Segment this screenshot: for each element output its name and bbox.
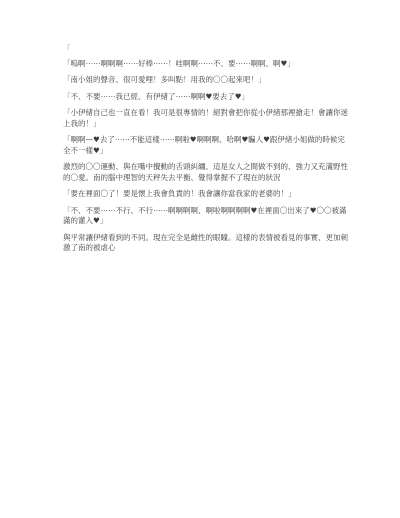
dialogue-line-2: 「南小姐的聲音、很可愛哩！多叫點！用我的〇〇起來吧！」 — [63, 75, 352, 86]
dialogue-line-3: 「不、不要⋯⋯我已經、有伊緒了⋯⋯啊啊♥要去了♥」 — [63, 92, 352, 103]
dialogue-line-5: 「啊啊—♥去了⋯⋯不能這樣⋯⋯啊啦♥啊啊啊、哈啊♥騙人♥跟伊緒小姐做的時候完全不… — [63, 135, 352, 156]
dialogue-line-1: 「嗚啊⋯⋯啊啊啊⋯⋯好棒⋯⋯！哇啊啊⋯⋯不、要⋯⋯啊啊、啊♥」 — [63, 59, 352, 70]
narration-paragraph-2: 與平常讓伊緒看到的不同。現在完全是雌性的眼瞳。這樣的表情被看見的事實、更加刺激了… — [63, 233, 352, 254]
dialogue-line-4: 「小伊緒自己也一直在看！我可是很專情的！絕對會把你從小伊緒那裡搶走！會讓你迷上我… — [63, 108, 352, 129]
stray-open-bracket: 「 — [63, 44, 352, 55]
text-block: 「 「嗚啊⋯⋯啊啊啊⋯⋯好棒⋯⋯！哇啊啊⋯⋯不、要⋯⋯啊啊、啊♥」 「南小姐的聲… — [63, 44, 352, 260]
page: 「 「嗚啊⋯⋯啊啊啊⋯⋯好棒⋯⋯！哇啊啊⋯⋯不、要⋯⋯啊啊、啊♥」 「南小姐的聲… — [0, 0, 400, 518]
dialogue-line-7: 「不、不要⋯⋯不行、不行⋯⋯啊啊啊啊、啊啦啊啊啊啊♥在裡面〇出來了♥〇〇被滿滿的… — [63, 206, 352, 227]
dialogue-line-6: 「要在裡面〇了！要是懷上我會負責的！我會讓你當我家的老婆的！」 — [63, 189, 352, 200]
narration-paragraph-1: 激烈的〇〇運動、與在嘴中攪動的舌頭糾纏、這是女人之間做不到的、強力又充滿野性的〇… — [63, 162, 352, 183]
